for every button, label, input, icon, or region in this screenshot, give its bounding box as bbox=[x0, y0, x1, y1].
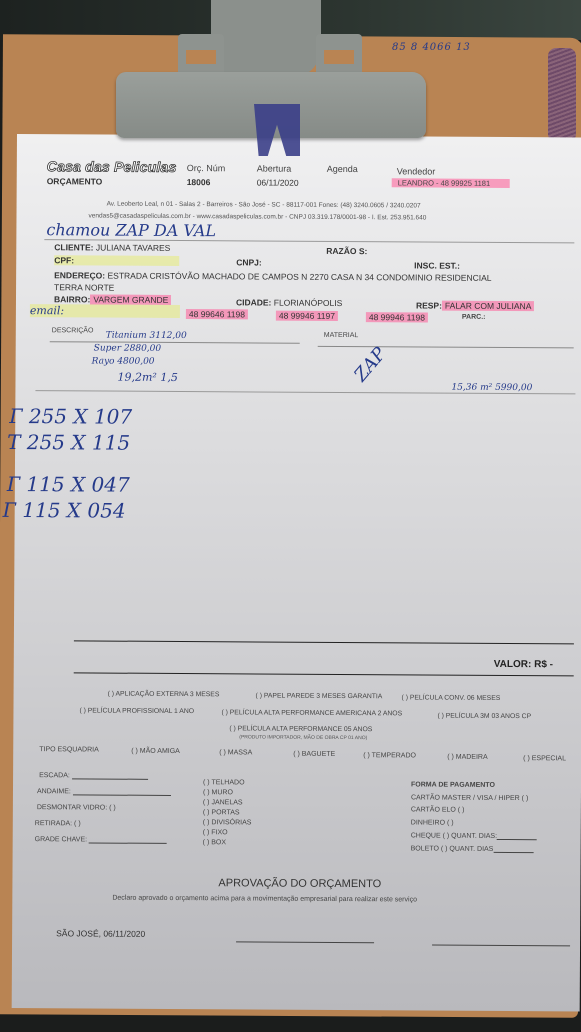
resp-field: RESP:FALAR COM JULIANA bbox=[416, 300, 534, 311]
warranty-option-1[interactable]: ( ) APLICAÇÃO EXTERNA 3 MESES bbox=[108, 691, 220, 699]
orc-num: 18006 bbox=[187, 177, 211, 187]
quote-form: Casa das Peliculas ORÇAMENTO Orç. Núm 18… bbox=[12, 134, 581, 1011]
cidade-field: CIDADE: FLORIANÓPOLIS bbox=[236, 297, 342, 308]
andaime-field[interactable]: ANDAIME: bbox=[37, 788, 171, 796]
desc-line-4: 19,2m² 1,5 bbox=[117, 371, 177, 384]
orc-num-label: Orç. Núm bbox=[187, 163, 226, 173]
warranty-note: (PRODUTO IMPORTADOR, MÃO DE OBRA CP 01 A… bbox=[239, 734, 367, 741]
measurement-1: Г 255 X 107 bbox=[9, 404, 132, 429]
andaime-label: ANDAIME: bbox=[37, 788, 71, 795]
resp-value: FALAR COM JULIANA bbox=[442, 301, 534, 312]
retirada-field[interactable]: RETIRADA: ( ) bbox=[35, 820, 81, 827]
location-janelas[interactable]: ( ) JANELAS bbox=[203, 799, 243, 806]
payment-elo[interactable]: CARTÃO ELO ( ) bbox=[411, 806, 465, 813]
esquadria-madeira[interactable]: ( ) MADEIRA bbox=[447, 754, 487, 761]
company-address: Av. Leoberto Leal, n 01 - Salas 2 - Barr… bbox=[107, 201, 421, 210]
endereco-field: ENDEREÇO: ESTRADA CRISTÓVÃO MACHADO DE C… bbox=[54, 270, 491, 283]
endereco-value: ESTRADA CRISTÓVÃO MACHADO DE CAMPOS N 22… bbox=[107, 271, 491, 283]
location-portas[interactable]: ( ) PORTAS bbox=[203, 809, 240, 816]
warranty-option-2[interactable]: ( ) PAPEL PAREDE 3 MESES GARANTIA bbox=[256, 692, 383, 700]
measurement-4: Г 115 X 054 bbox=[3, 498, 126, 523]
material-label: MATERIAL bbox=[324, 332, 359, 339]
cidade-label: CIDADE: bbox=[236, 297, 271, 307]
esquadria-baguete[interactable]: ( ) BAGUETE bbox=[293, 751, 335, 758]
payment-cartao[interactable]: CARTÃO MASTER / VISA / HIPER ( ) bbox=[411, 794, 528, 802]
payment-cheque[interactable]: CHEQUE ( ) QUANT. DIAS: bbox=[411, 832, 537, 840]
warranty-option-7[interactable]: ( ) PELÍCULA ALTA PERFORMANCE 05 ANOS bbox=[229, 725, 372, 733]
endereco-cont: TERRA NORTE bbox=[54, 282, 114, 292]
desmontar-vidro-field[interactable]: DESMONTAR VIDRO: ( ) bbox=[37, 804, 116, 811]
location-box[interactable]: ( ) BOX bbox=[203, 839, 226, 846]
grade-chave-field[interactable]: GRADE CHAVE: bbox=[35, 836, 167, 844]
clipboard-clip bbox=[116, 34, 426, 138]
cpf-label: CPF: bbox=[54, 255, 179, 266]
approval-title: APROVAÇÃO DO ORÇAMENTO bbox=[218, 877, 381, 890]
payment-title: FORMA DE PAGAMENTO bbox=[411, 781, 495, 789]
esquadria-massa[interactable]: ( ) MASSA bbox=[219, 749, 252, 756]
boleto-label: BOLETO ( ) QUANT. DIAS bbox=[411, 845, 494, 853]
esquadria-label: TIPO ESQUADRIA bbox=[39, 746, 99, 753]
bairro-value: VARGEM GRANDE bbox=[90, 294, 171, 304]
esquadria-temperado[interactable]: ( ) TEMPERADO bbox=[363, 752, 416, 759]
phone-2: 48 99946 1197 bbox=[276, 311, 338, 321]
cnpj-label: CNPJ: bbox=[236, 257, 262, 267]
location-divisorias[interactable]: ( ) DIVISÓRIAS bbox=[203, 819, 252, 826]
vendedor-value: LEANDRO - 48 99925 1181 bbox=[392, 178, 510, 188]
insc-est-label: INSC. EST.: bbox=[414, 260, 460, 270]
desc-line-2: Super 2880,00 bbox=[94, 343, 161, 353]
abertura-date: 06/11/2020 bbox=[257, 177, 299, 187]
location-muro[interactable]: ( ) MURO bbox=[203, 789, 233, 796]
email-label: email: bbox=[30, 304, 180, 318]
approval-text: Declaro aprovado o orçamento acima para … bbox=[112, 895, 417, 904]
razao-label: RAZÃO S: bbox=[326, 246, 367, 256]
esquadria-mao-amiga[interactable]: ( ) MÃO AMIGA bbox=[131, 748, 180, 755]
esquadria-especial[interactable]: ( ) ESPECIAL bbox=[523, 755, 566, 762]
warranty-option-4[interactable]: ( ) PELÍCULA PROFISSIONAL 1 ANO bbox=[79, 707, 194, 715]
place-date: SÃO JOSÉ, 06/11/2020 bbox=[56, 928, 145, 939]
board-scribble bbox=[548, 48, 576, 142]
resp-label: RESP: bbox=[416, 300, 442, 310]
location-telhado[interactable]: ( ) TELHADO bbox=[203, 779, 245, 786]
cliente-label: CLIENTE: bbox=[54, 242, 93, 252]
escada-label: ESCADA: bbox=[39, 772, 70, 779]
warranty-option-3[interactable]: ( ) PELÍCULA CONV. 06 MESES bbox=[402, 694, 501, 702]
cliente-value: JULIANA TAVARES bbox=[96, 242, 171, 252]
material-note: 15,36 m² 5990,00 bbox=[451, 383, 532, 393]
grade-chave-label: GRADE CHAVE: bbox=[35, 836, 87, 843]
bairro-label: BAIRRO: bbox=[54, 294, 90, 304]
desc-line-1: Titanium 3112,00 bbox=[106, 331, 187, 341]
cidade-value: FLORIANÓPOLIS bbox=[274, 298, 343, 308]
descricao-label: DESCRIÇÃO bbox=[52, 327, 94, 334]
payment-boleto[interactable]: BOLETO ( ) QUANT. DIAS bbox=[411, 845, 534, 853]
parc-label: PARC.: bbox=[462, 314, 486, 321]
warranty-option-6[interactable]: ( ) PELÍCULA 3M 03 ANOS CP bbox=[437, 713, 531, 721]
phone-1: 48 99646 1198 bbox=[186, 309, 248, 319]
payment-dinheiro[interactable]: DINHEIRO ( ) bbox=[411, 819, 454, 826]
warranty-option-5[interactable]: ( ) PELÍCULA ALTA PERFORMANCE AMERICANA … bbox=[221, 709, 402, 717]
phone-3: 48 99946 1198 bbox=[366, 312, 428, 322]
desc-line-3: Rayo 4800,00 bbox=[92, 356, 155, 366]
bairro-field: BAIRRO:VARGEM GRANDE bbox=[54, 294, 171, 305]
handwritten-note: chamou ZAP DA VAL bbox=[46, 220, 216, 240]
valor-label: VALOR: R$ - bbox=[494, 659, 553, 670]
escada-field[interactable]: ESCADA: bbox=[39, 772, 148, 780]
agenda-label: Agenda bbox=[327, 164, 358, 174]
location-fixo[interactable]: ( ) FIXO bbox=[203, 829, 228, 836]
measurement-3: Г 115 X 047 bbox=[7, 472, 130, 497]
measurement-2: T 255 X 115 bbox=[7, 430, 130, 455]
cliente-field: CLIENTE: JULIANA TAVARES bbox=[54, 242, 170, 253]
brand-logo: Casa das Peliculas bbox=[47, 158, 177, 175]
cheque-label: CHEQUE ( ) QUANT. DIAS: bbox=[411, 832, 497, 840]
doc-type: ORÇAMENTO bbox=[47, 176, 103, 186]
vendedor-label: Vendedor bbox=[397, 166, 436, 176]
endereco-label: ENDEREÇO: bbox=[54, 270, 105, 280]
abertura-label: Abertura bbox=[257, 163, 292, 173]
zap-stamp: ZAP bbox=[350, 344, 390, 386]
